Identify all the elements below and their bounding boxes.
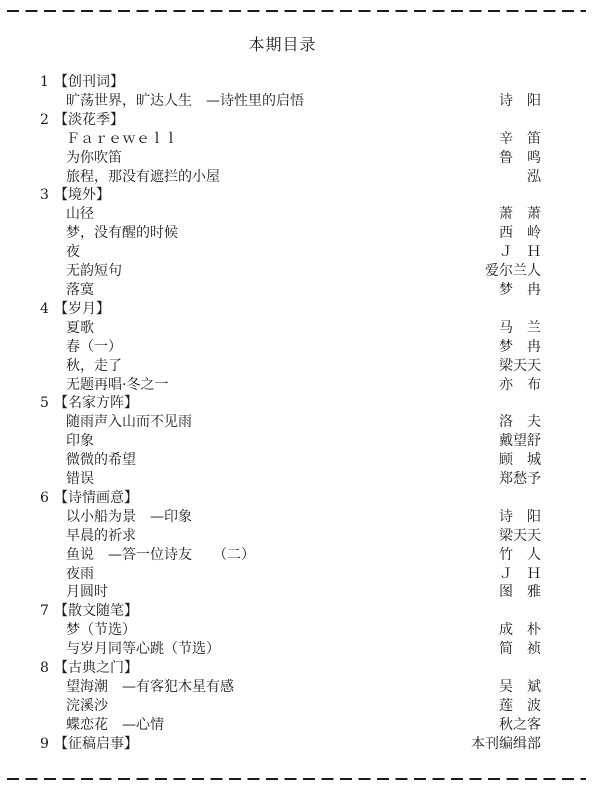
toc-item-row: 无韵短句爱尔兰人 [40, 262, 541, 281]
toc-item-row: 夜Ｊ Ｈ [40, 243, 541, 262]
toc-item-author: 西 岭 [491, 224, 541, 243]
toc-item-author: 萧 萧 [491, 205, 541, 224]
toc-item-title: 错误 [66, 470, 94, 489]
toc-section-row: 6【诗情画意】 [40, 489, 541, 508]
toc-section-label: 【征稿启事】 [54, 735, 138, 754]
toc-item-row: 梦（节选）成 朴 [40, 621, 541, 640]
toc-item-author: 爱尔兰人 [477, 262, 541, 281]
toc-item-row: 浣溪沙莲 波 [40, 697, 541, 716]
toc-item-row: 望海潮 —有客犯木星有感吴 斌 [40, 678, 541, 697]
toc-item-title: 夜 [66, 243, 80, 262]
page-title: 本期目录 [0, 36, 565, 54]
toc-list: 1【创刊词】旷荡世界，旷达人生 —诗性里的启悟诗 阳2【淡花季】Ｆａｒｅｗｅｌｌ… [40, 73, 541, 754]
toc-section-label: 【淡花季】 [54, 111, 124, 130]
toc-item-author: 成 朴 [491, 621, 541, 640]
toc-item-row: 以小船为景 —印象诗 阳 [40, 508, 541, 527]
toc-item-author: 诗 阳 [491, 508, 541, 527]
toc-section-label: 【名家方阵】 [54, 394, 138, 413]
toc-item-title: 印象 [66, 432, 94, 451]
toc-item-author: 顾 城 [491, 451, 541, 470]
toc-item-title: 蝶恋花 —心情 [66, 716, 164, 735]
toc-row-number: 8 [40, 659, 54, 678]
toc-item-row: 与岁月同等心跳（节选）简 祯 [40, 640, 541, 659]
toc-section-label: 【境外】 [54, 186, 110, 205]
toc-item-author: Ｊ Ｈ [491, 243, 541, 262]
toc-item-row: 随雨声入山而不见雨洛 夫 [40, 413, 541, 432]
toc-section-label: 【岁月】 [54, 300, 110, 319]
document-page: 本期目录 1【创刊词】旷荡世界，旷达人生 —诗性里的启悟诗 阳2【淡花季】Ｆａｒ… [0, 0, 595, 792]
toc-row-number: 2 [40, 111, 54, 130]
toc-section-row: 2【淡花季】 [40, 111, 541, 130]
toc-item-row: 微微的希望顾 城 [40, 451, 541, 470]
toc-item-author: 秋之客 [491, 716, 541, 735]
toc-section-label: 【诗情画意】 [54, 489, 138, 508]
toc-item-title: 鱼说 —答一位诗友 （二） [66, 546, 255, 565]
toc-item-title: 夏歌 [66, 319, 94, 338]
toc-item-row: 旷荡世界，旷达人生 —诗性里的启悟诗 阳 [40, 92, 541, 111]
toc-row-number: 7 [40, 602, 54, 621]
toc-row-number: 6 [40, 489, 54, 508]
toc-item-title: 旷荡世界，旷达人生 —诗性里的启悟 [66, 92, 304, 111]
toc-item-row: 鱼说 —答一位诗友 （二）竹 人 [40, 546, 541, 565]
toc-item-title: 随雨声入山而不见雨 [66, 413, 192, 432]
toc-item-author: 亦 布 [491, 376, 541, 395]
toc-item-title: 以小船为景 —印象 [66, 508, 192, 527]
toc-item-title: 旅程，那没有遮拦的小屋 [66, 168, 220, 187]
toc-item-title: 浣溪沙 [66, 697, 108, 716]
toc-item-author: 图 雅 [491, 583, 541, 602]
toc-item-row: 早晨的祈求梁天天 [40, 527, 541, 546]
toc-item-row: 为你吹笛鲁 鸣 [40, 149, 541, 168]
toc-item-title: 落寞 [66, 281, 94, 300]
toc-section-label: 【散文随笔】 [54, 602, 138, 621]
toc-item-author: 诗 阳 [491, 92, 541, 111]
toc-item-author: 马 兰 [491, 319, 541, 338]
toc-item-title: 微微的希望 [66, 451, 136, 470]
toc-item-row: 山径萧 萧 [40, 205, 541, 224]
toc-item-title: 无题再唱·冬之一 [66, 376, 168, 395]
toc-item-author: 郑愁予 [491, 470, 541, 489]
top-dashed-divider [7, 10, 586, 12]
toc-row-number: 3 [40, 186, 54, 205]
toc-item-row: 印象戴望舒 [40, 432, 541, 451]
toc-item-title: 为你吹笛 [66, 149, 122, 168]
toc-item-title: 梦（节选） [66, 621, 136, 640]
toc-item-row: 秋，走了梁天天 [40, 357, 541, 376]
bottom-dashed-divider [7, 778, 586, 780]
toc-row-number: 9 [40, 735, 54, 754]
toc-section-row: 5【名家方阵】 [40, 394, 541, 413]
toc-item-row: Ｆａｒｅｗｅｌｌ辛 笛 [40, 130, 541, 149]
toc-item-row: 落寞梦 冉 [40, 281, 541, 300]
toc-item-title: 山径 [66, 205, 94, 224]
toc-section-row: 1【创刊词】 [40, 73, 541, 92]
toc-item-title: 早晨的祈求 [66, 527, 136, 546]
toc-item-author: 简 祯 [491, 640, 541, 659]
toc-item-row: 蝶恋花 —心情秋之客 [40, 716, 541, 735]
toc-item-title: 秋，走了 [66, 357, 122, 376]
toc-item-author: 本刊编缉部 [463, 735, 541, 754]
toc-item-row: 无题再唱·冬之一亦 布 [40, 376, 541, 395]
toc-item-author: 竹 人 [491, 546, 541, 565]
toc-section-row: 9【征稿启事】本刊编缉部 [40, 735, 541, 754]
toc-row-number: 4 [40, 300, 54, 319]
toc-item-title: 无韵短句 [66, 262, 122, 281]
toc-item-author: 梁天天 [491, 357, 541, 376]
toc-item-author: 鲁 鸣 [491, 149, 541, 168]
toc-item-title: 春（一） [66, 338, 122, 357]
toc-item-author: 辛 笛 [491, 130, 541, 149]
toc-item-author: 梦 冉 [491, 281, 541, 300]
toc-item-row: 错误郑愁予 [40, 470, 541, 489]
toc-item-author: 梦 冉 [491, 338, 541, 357]
toc-item-title: 与岁月同等心跳（节选） [66, 640, 220, 659]
toc-item-title: Ｆａｒｅｗｅｌｌ [66, 130, 178, 149]
toc-item-row: 春（一）梦 冉 [40, 338, 541, 357]
toc-section-label: 【古典之门】 [54, 659, 138, 678]
toc-section-row: 3【境外】 [40, 186, 541, 205]
toc-item-title: 月圆时 [66, 583, 108, 602]
toc-row-number: 1 [40, 73, 54, 92]
toc-item-row: 夜雨Ｊ Ｈ [40, 565, 541, 584]
toc-item-title: 梦，没有醒的时候 [66, 224, 178, 243]
toc-item-row: 夏歌马 兰 [40, 319, 541, 338]
toc-item-author: 吴 斌 [491, 678, 541, 697]
toc-section-label: 【创刊词】 [54, 73, 124, 92]
toc-item-row: 月圆时图 雅 [40, 583, 541, 602]
toc-item-author: 泓 [519, 168, 541, 187]
toc-item-author: 洛 夫 [491, 413, 541, 432]
toc-section-row: 8【古典之门】 [40, 659, 541, 678]
toc-section-row: 7【散文随笔】 [40, 602, 541, 621]
toc-item-author: Ｊ Ｈ [491, 565, 541, 584]
toc-section-row: 4【岁月】 [40, 300, 541, 319]
toc-item-row: 梦，没有醒的时候西 岭 [40, 224, 541, 243]
toc-item-title: 望海潮 —有客犯木星有感 [66, 678, 234, 697]
toc-item-author: 梁天天 [491, 527, 541, 546]
toc-item-author: 戴望舒 [491, 432, 541, 451]
toc-row-number: 5 [40, 394, 54, 413]
toc-item-title: 夜雨 [66, 565, 94, 584]
toc-item-row: 旅程，那没有遮拦的小屋泓 [40, 168, 541, 187]
toc-item-author: 莲 波 [491, 697, 541, 716]
